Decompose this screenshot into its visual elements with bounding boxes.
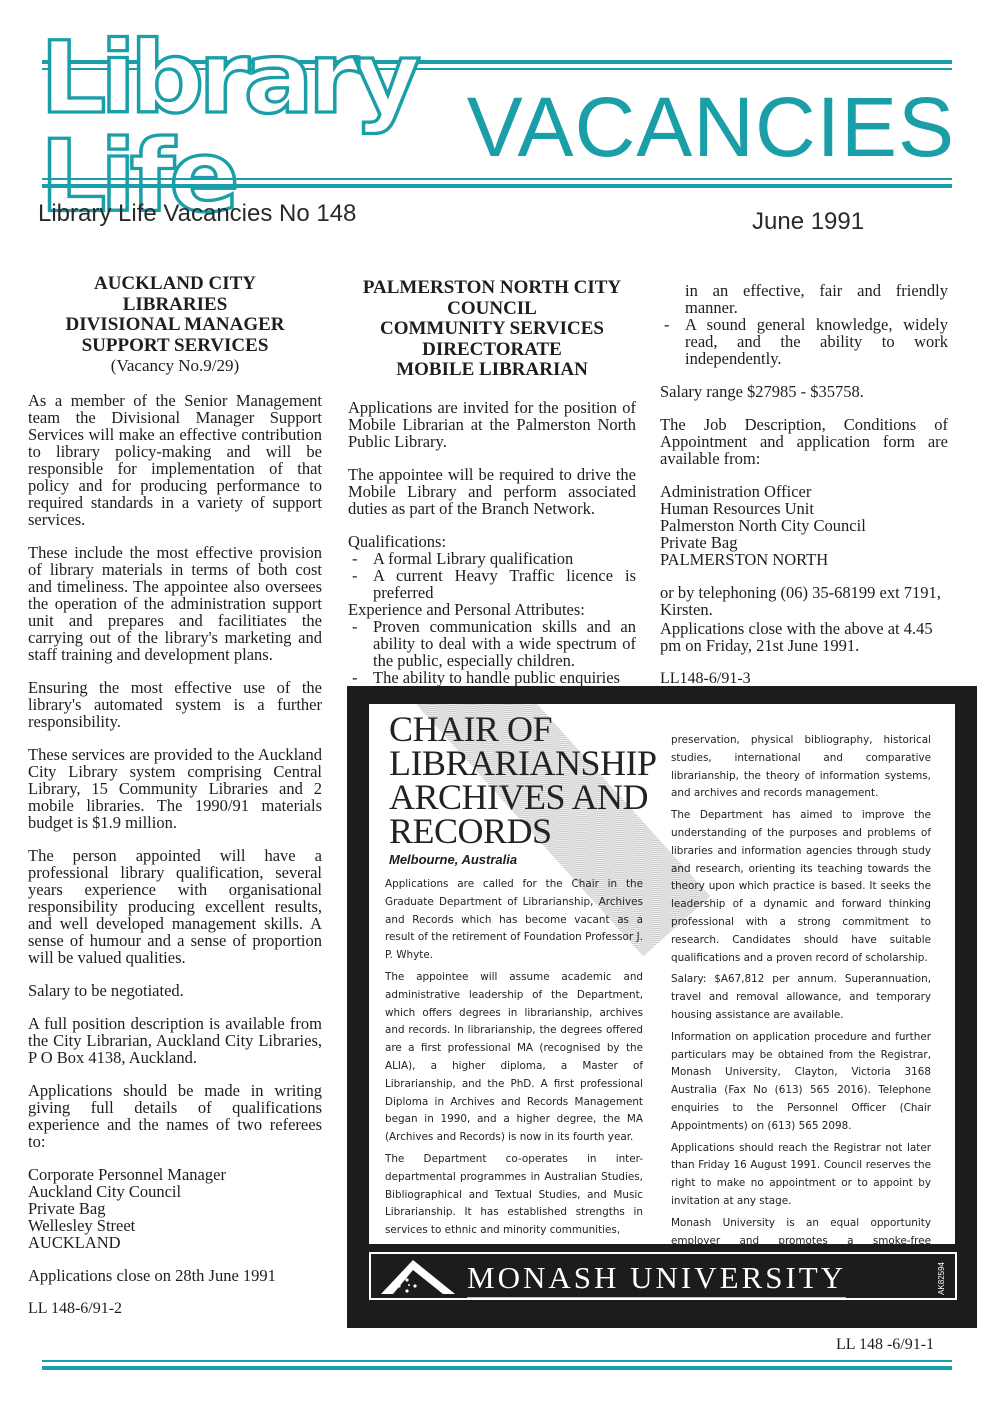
address-line: Auckland City Council bbox=[28, 1183, 322, 1200]
auckland-vacancy-number: (Vacancy No.9/29) bbox=[28, 356, 322, 376]
ad-body: CHAIR OF LIBRARIANSHIP ARCHIVES AND RECO… bbox=[369, 704, 955, 1244]
palmerston-vacancy: PALMERSTON NORTH CITY COUNCIL COMMUNITY … bbox=[348, 278, 636, 686]
masthead-logo-outline: Library Life bbox=[40, 28, 461, 226]
paragraph: Applications should be made in writing g… bbox=[28, 1082, 322, 1150]
paragraph: A full position description is available… bbox=[28, 1015, 322, 1066]
paragraph: The appointee will assume academic and a… bbox=[385, 969, 643, 1147]
heading-line: DIVISIONAL MANAGER bbox=[28, 315, 322, 336]
paragraph: The appointee will be required to drive … bbox=[348, 466, 636, 517]
palmerston-closing-date: Applications close with the above at 4.4… bbox=[660, 620, 948, 654]
address-line: Private Bag bbox=[28, 1200, 322, 1217]
qualifications-list: A formal Library qualification A current… bbox=[348, 550, 636, 601]
auckland-salary: Salary to be negotiated. bbox=[28, 982, 322, 999]
palmerston-salary: Salary range $27985 - $35758. bbox=[660, 383, 948, 400]
experience-label: Experience and Personal Attributes: bbox=[348, 601, 636, 618]
address-line: Wellesley Street bbox=[28, 1217, 322, 1234]
monash-university-name: MONASH UNIVERSITY bbox=[467, 1260, 846, 1298]
monash-advertisement: CHAIR OF LIBRARIANSHIP ARCHIVES AND RECO… bbox=[347, 686, 977, 1328]
ad-salary: Salary: $A67,812 per annum. Superannuati… bbox=[671, 971, 931, 1024]
paragraph: The Department co-operates in inter-depa… bbox=[385, 1151, 643, 1240]
paragraph: Monash University is an equal opportunit… bbox=[671, 1215, 931, 1244]
heading-line: COUNCIL bbox=[348, 299, 636, 320]
title-line: ARCHIVES AND bbox=[389, 780, 657, 814]
footer-rule-thick bbox=[42, 1366, 952, 1370]
paragraph: As a member of the Senior Management tea… bbox=[28, 392, 322, 528]
address-line: Human Resources Unit bbox=[660, 500, 948, 517]
heading-line: LIBRARIES bbox=[28, 295, 322, 316]
ad-left-column: Applications are called for the Chair in… bbox=[385, 876, 643, 1244]
issue-number: Library Life Vacancies No 148 bbox=[38, 200, 356, 228]
palmerston-heading: PALMERSTON NORTH CITY COUNCIL COMMUNITY … bbox=[348, 278, 636, 381]
ad-title: CHAIR OF LIBRARIANSHIP ARCHIVES AND RECO… bbox=[389, 712, 657, 848]
list-item-continuation: in an effective, fair and friendly manne… bbox=[660, 282, 948, 316]
monash-banner: MONASH UNIVERSITY AK82594 bbox=[369, 1252, 957, 1300]
paragraph: Ensuring the most effective use of the l… bbox=[28, 679, 322, 730]
experience-list: Proven communication skills and an abili… bbox=[348, 618, 636, 686]
list-item: A current Heavy Traffic licence is prefe… bbox=[348, 567, 636, 601]
monash-logo-icon bbox=[377, 1256, 457, 1296]
heading-line: MOBILE LIBRARIAN bbox=[348, 360, 636, 381]
paragraph: The Department has aimed to improve the … bbox=[671, 807, 931, 967]
title-line: LIBRARIANSHIP bbox=[389, 746, 657, 780]
address-line: Palmerston North City Council bbox=[660, 517, 948, 534]
heading-line: DIRECTORATE bbox=[348, 340, 636, 361]
paragraph: Applications are called for the Chair in… bbox=[385, 876, 643, 965]
list-item: Proven communication skills and an abili… bbox=[348, 618, 636, 669]
address-line: Private Bag bbox=[660, 534, 948, 551]
paragraph: Information on application procedure and… bbox=[671, 1029, 931, 1136]
ad-code: AK82594 bbox=[937, 1262, 946, 1295]
title-line: CHAIR OF bbox=[389, 712, 657, 746]
qualifications-label: Qualifications: bbox=[348, 533, 636, 550]
masthead-logo-vacancies: VACANCIES bbox=[467, 85, 955, 169]
list-item: A sound general knowledge, widely read, … bbox=[660, 316, 948, 367]
masthead-bottom-rule-thin bbox=[42, 178, 952, 180]
paragraph: preservation, physical bibliography, his… bbox=[671, 732, 931, 803]
address-line: PALMERSTON NORTH bbox=[660, 551, 948, 568]
paragraph: Applications are invited for the positio… bbox=[348, 399, 636, 450]
experience-list-continued: in an effective, fair and friendly manne… bbox=[660, 282, 948, 367]
heading-line: COMMUNITY SERVICES bbox=[348, 319, 636, 340]
heading-line: SUPPORT SERVICES bbox=[28, 336, 322, 357]
palmerston-phone: or by telephoning (06) 35-68199 ext 7191… bbox=[660, 584, 948, 618]
paragraph: The Job Description, Conditions of Appoi… bbox=[660, 416, 948, 467]
list-item: The ability to handle public enquiries bbox=[348, 669, 636, 686]
auckland-reference: LL 148-6/91-2 bbox=[28, 1300, 322, 1317]
heading-line: PALMERSTON NORTH CITY bbox=[348, 278, 636, 299]
palmerston-address: Administration Officer Human Resources U… bbox=[660, 483, 948, 568]
footer-rule-thin bbox=[42, 1360, 952, 1362]
monash-reference: LL 148 -6/91-1 bbox=[836, 1336, 934, 1354]
paragraph: Applications should reach the Registrar … bbox=[671, 1140, 931, 1211]
address-line: Corporate Personnel Manager bbox=[28, 1166, 322, 1183]
ad-location: Melbourne, Australia bbox=[389, 852, 517, 867]
issue-date: June 1991 bbox=[752, 208, 864, 236]
paragraph: These include the most effective provisi… bbox=[28, 544, 322, 663]
list-item: A formal Library qualification bbox=[348, 550, 636, 567]
address-line: AUCKLAND bbox=[28, 1234, 322, 1251]
masthead-bottom-rule-thick bbox=[42, 184, 952, 188]
palmerston-vacancy-continued: in an effective, fair and friendly manne… bbox=[660, 282, 948, 687]
heading-line: AUCKLAND CITY bbox=[28, 274, 322, 295]
auckland-heading: AUCKLAND CITY LIBRARIES DIVISIONAL MANAG… bbox=[28, 274, 322, 356]
paragraph: These services are provided to the Auckl… bbox=[28, 746, 322, 831]
palmerston-reference: LL148-6/91-3 bbox=[660, 670, 948, 687]
title-line: RECORDS bbox=[389, 814, 657, 848]
auckland-address: Corporate Personnel Manager Auckland Cit… bbox=[28, 1166, 322, 1251]
auckland-vacancy: AUCKLAND CITY LIBRARIES DIVISIONAL MANAG… bbox=[28, 274, 322, 1317]
ad-right-column: preservation, physical bibliography, his… bbox=[671, 732, 931, 1244]
masthead: Library Life VACANCIES bbox=[40, 72, 955, 182]
paragraph: The person appointed will have a profess… bbox=[28, 847, 322, 966]
address-line: Administration Officer bbox=[660, 483, 948, 500]
auckland-closing-date: Applications close on 28th June 1991 bbox=[28, 1267, 322, 1284]
